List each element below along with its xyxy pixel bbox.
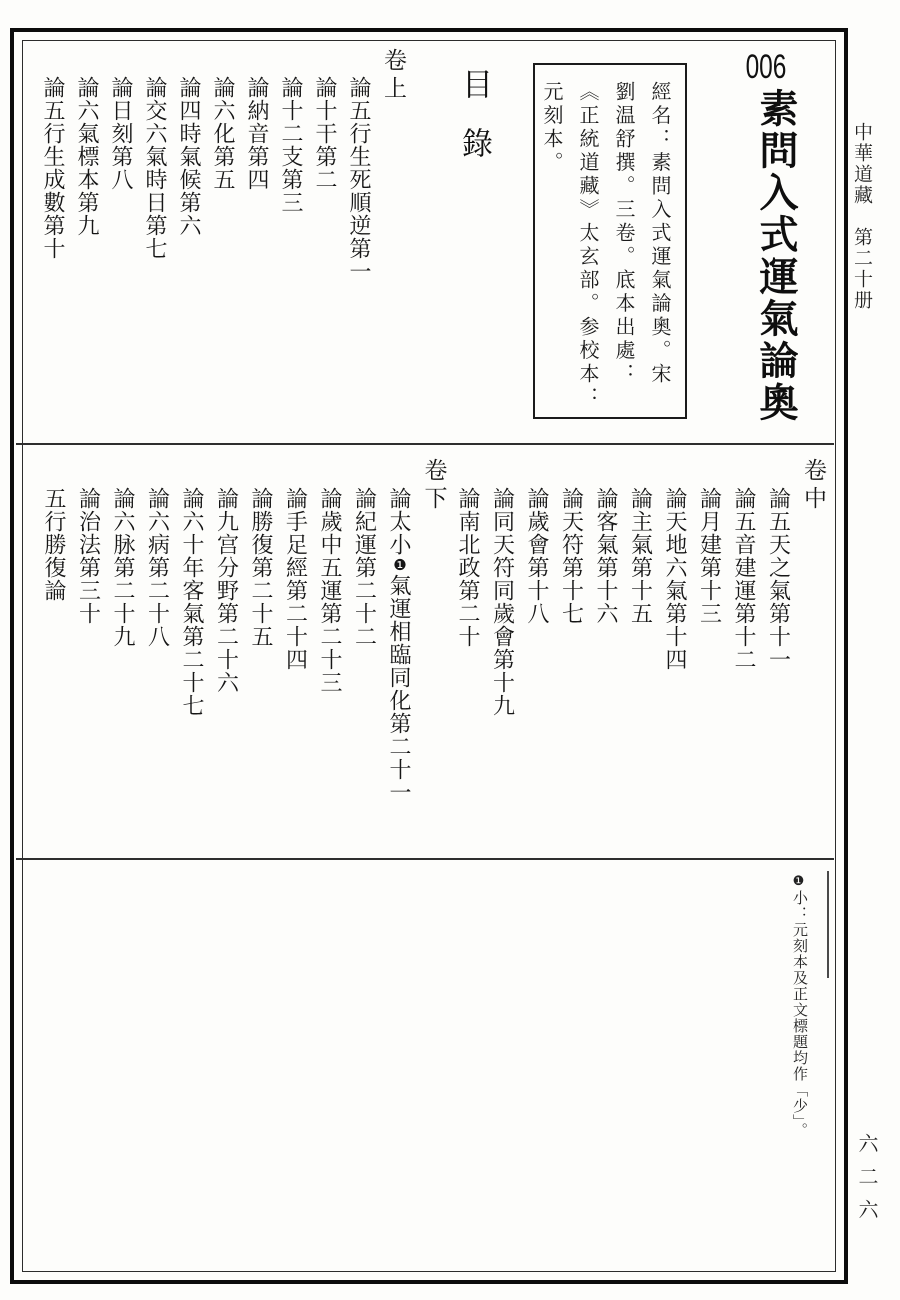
toc-chapter: 論六病第二十八 <box>140 458 175 856</box>
chapter-text: 氣運相臨同化第二十一 <box>387 574 412 804</box>
footnote-text: 小：元刻本及正文標題均作「少」。 <box>791 890 807 1139</box>
colophon-line: 《正統道藏》太玄部。参校本： <box>569 81 605 411</box>
toc-chapter: 論歲會第十八 <box>520 458 555 856</box>
toc-chapter: 五行勝復論 <box>37 458 72 856</box>
book-title: 素問入式運氣論奧 <box>747 88 803 424</box>
footnote-marker-icon: ❶ <box>792 874 807 890</box>
toc-chapter: 論日刻第八 <box>104 48 138 446</box>
toc-chapter: 論納音第四 <box>240 48 274 446</box>
volume-2-3-section: 卷中 論五天之氣第十一 論五音建運第十二 論月建第十三 論天地六氣第十四 論主氣… <box>37 458 831 856</box>
colophon-box: 經名：素問入式運氣論奧。宋 劉温舒撰。三卷。底本出處： 《正統道藏》太玄部。参校… <box>533 63 687 419</box>
volume-1-label: 卷上 <box>376 48 410 446</box>
toc-chapter: 論四時氣候第六 <box>172 48 206 446</box>
toc-chapter: 論客氣第十六 <box>589 458 624 856</box>
toc-chapter: 論同天符同歲會第十九 <box>485 458 520 856</box>
footnote-rule <box>827 871 829 978</box>
toc-chapter: 論勝復第二十五 <box>244 458 279 856</box>
toc-chapter: 論十干第二 <box>308 48 342 446</box>
volume-3-label: 卷下 <box>416 458 451 856</box>
toc-chapter: 論五行生成數第十 <box>36 48 70 446</box>
toc-chapter: 論手足經第二十四 <box>278 458 313 856</box>
footnote: ❶小：元刻本及正文標題均作「少」。 <box>789 874 810 1254</box>
toc-chapter: 論天符第十七 <box>554 458 589 856</box>
toc-title: 目錄 <box>452 68 497 186</box>
toc-chapter: 論紀運第二十二 <box>347 458 382 856</box>
serial-number: 006 <box>744 48 787 87</box>
toc-chapter: 論五天之氣第十一 <box>761 458 796 856</box>
toc-chapter-with-footnote: 論太小❶氣運相臨同化第二十一 <box>382 458 417 856</box>
scanned-book-page: 中華道藏 第二十册 六二六 006 素問入式運氣論奧 經名：素問入式運氣論奧。宋… <box>0 0 900 1300</box>
colophon-line: 經名：素問入式運氣論奧。宋 <box>641 81 677 411</box>
section-divider-top <box>16 443 834 445</box>
toc-chapter: 論六十年客氣第二十七 <box>175 458 210 856</box>
chapter-text: 論太小 <box>387 487 412 556</box>
section-divider-bottom <box>16 858 834 860</box>
toc-chapter: 論十二支第三 <box>274 48 308 446</box>
toc-chapter: 論六氣標本第九 <box>70 48 104 446</box>
toc-chapter: 論五音建運第十二 <box>727 458 762 856</box>
toc-chapter: 論南北政第二十 <box>451 458 486 856</box>
toc-chapter: 論天地六氣第十四 <box>658 458 693 856</box>
toc-chapter: 論主氣第十五 <box>623 458 658 856</box>
toc-chapter: 論治法第三十 <box>71 458 106 856</box>
colophon-line: 元刻本。 <box>533 81 569 411</box>
folio-page-number: 六二六 <box>852 1133 881 1232</box>
toc-chapter: 論交六氣時日第七 <box>138 48 172 446</box>
footnote-marker-icon: ❶ <box>391 556 407 574</box>
toc-chapter: 論月建第十三 <box>692 458 727 856</box>
toc-chapter: 論歲中五運第二十三 <box>313 458 348 856</box>
collection-title: 中華道藏 第二十册 <box>848 122 875 311</box>
volume-2-label: 卷中 <box>796 458 831 856</box>
toc-chapter: 論六脉第二十九 <box>106 458 141 856</box>
colophon-line: 劉温舒撰。三卷。底本出處： <box>605 81 641 411</box>
toc-chapter: 論九宫分野第二十六 <box>209 458 244 856</box>
toc-chapter: 論六化第五 <box>206 48 240 446</box>
volume-1-section: 卷上 論五行生死順逆第一 論十干第二 論十二支第三 論納音第四 論六化第五 論四… <box>36 48 410 446</box>
toc-chapter: 論五行生死順逆第一 <box>342 48 376 446</box>
